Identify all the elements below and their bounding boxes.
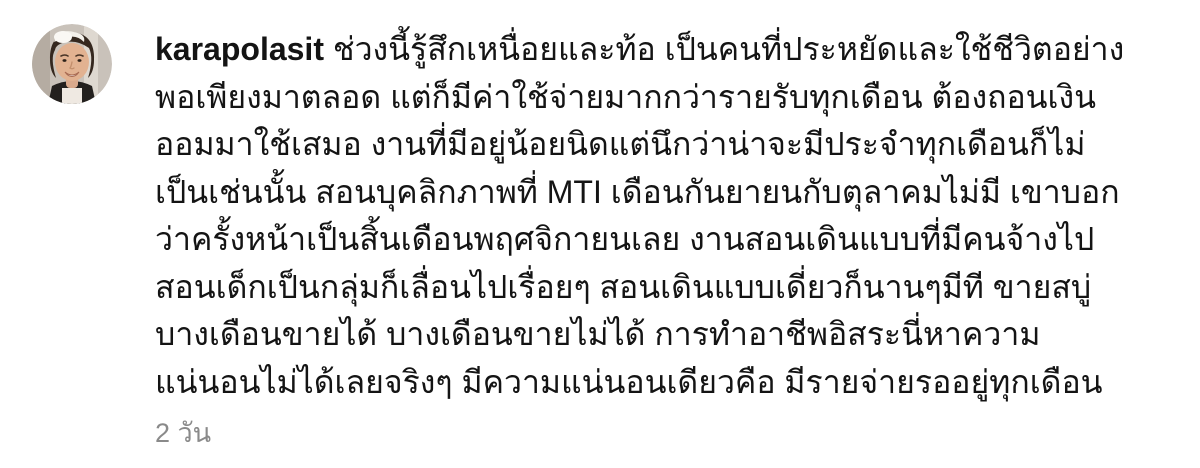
comment-text: karapolasit ช่วงนี้รู้สึกเหนื่อยและท้อ เ… bbox=[155, 26, 1200, 406]
comment-line: บางเดือนขายได้ บางเดือนขายไม่ได้ การทำอา… bbox=[155, 311, 1200, 359]
comment-card: karapolasit ช่วงนี้รู้สึกเหนื่อยและท้อ เ… bbox=[0, 0, 1200, 468]
avatar-image bbox=[32, 24, 112, 104]
timestamp: 2 วัน bbox=[155, 415, 211, 451]
avatar[interactable] bbox=[32, 24, 112, 104]
comment-line: แน่นอนไม่ได้เลยจริงๆ มีความแน่นอนเดียวคื… bbox=[155, 359, 1200, 407]
comment-line: ออมมาใช้เสมอ งานที่มีอยู่น้อยนิดแต่นึกว่… bbox=[155, 121, 1200, 169]
comment-line-text: ช่วงนี้รู้สึกเหนื่อยและท้อ เป็นคนที่ประห… bbox=[333, 31, 1124, 67]
comment-line: พอเพียงมาตลอด แต่ก็มีค่าใช้จ่ายมากกว่ารา… bbox=[155, 74, 1200, 122]
comment-line: เป็นเช่นนั้น สอนบุคลิกภาพที่ MTI เดือนกั… bbox=[155, 169, 1200, 217]
comment-line: สอนเด็กเป็นกลุ่มก็เลื่อนไปเรื่อยๆ สอนเดิ… bbox=[155, 264, 1200, 312]
comment-line: ว่าครั้งหน้าเป็นสิ้นเดือนพฤศจิกายนเลย งา… bbox=[155, 216, 1200, 264]
username-link[interactable]: karapolasit bbox=[155, 31, 324, 67]
comment-line: karapolasit ช่วงนี้รู้สึกเหนื่อยและท้อ เ… bbox=[155, 26, 1200, 74]
